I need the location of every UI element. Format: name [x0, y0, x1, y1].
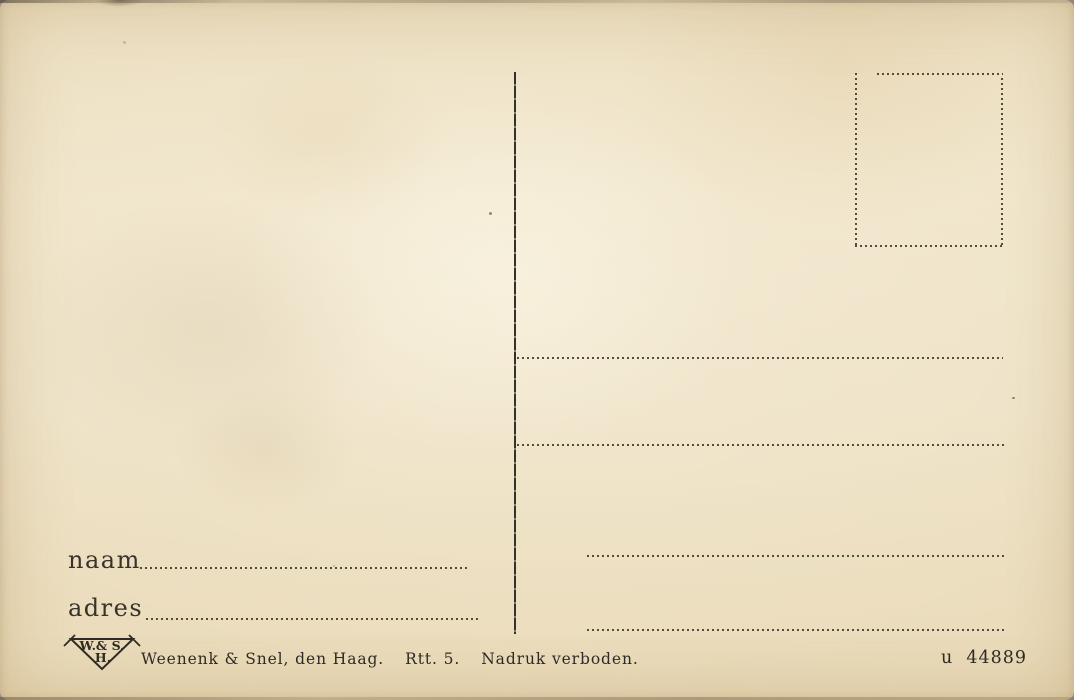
stamp-box-border-left — [855, 73, 857, 247]
card-top-edge — [0, 0, 1074, 3]
address-field-label: adres — [68, 596, 143, 620]
publisher-name: Weenenk & Snel, den Haag. — [141, 650, 384, 668]
postcard-back: naam adres W.& S. H. Weenenk & Snel, den… — [0, 0, 1074, 700]
address-dotted-line — [587, 555, 1006, 557]
publisher-monogram-bottom: H. — [95, 650, 111, 665]
paper-speck — [123, 41, 126, 44]
card-edge-chip — [96, 0, 142, 7]
stamp-box — [855, 73, 1003, 247]
address-dotted-line — [517, 444, 1006, 446]
publisher-logo-icon: W.& S. H. — [62, 630, 142, 672]
paper-speck — [1012, 397, 1015, 399]
serial-number: u 44889 — [941, 648, 1027, 668]
address-dotted-line — [587, 629, 1006, 631]
name-field-label: naam — [68, 548, 141, 572]
copyright-notice: Nadruk verboden. — [481, 650, 638, 668]
message-address-divider-line — [514, 72, 516, 634]
publisher-imprint: Weenenk & Snel, den Haag.Rtt. 5.Nadruk v… — [141, 650, 639, 668]
address-dotted-line — [517, 357, 1003, 359]
scan-stage: naam adres W.& S. H. Weenenk & Snel, den… — [0, 0, 1074, 700]
stamp-box-border-top — [877, 73, 1003, 75]
stamp-box-border-right — [1001, 78, 1003, 247]
address-field-dotted-line — [146, 618, 479, 620]
name-field-dotted-line — [140, 567, 468, 569]
publisher-series-code: Rtt. 5. — [405, 650, 460, 668]
paper-speck — [489, 212, 492, 215]
stamp-box-border-bottom — [855, 245, 1003, 247]
